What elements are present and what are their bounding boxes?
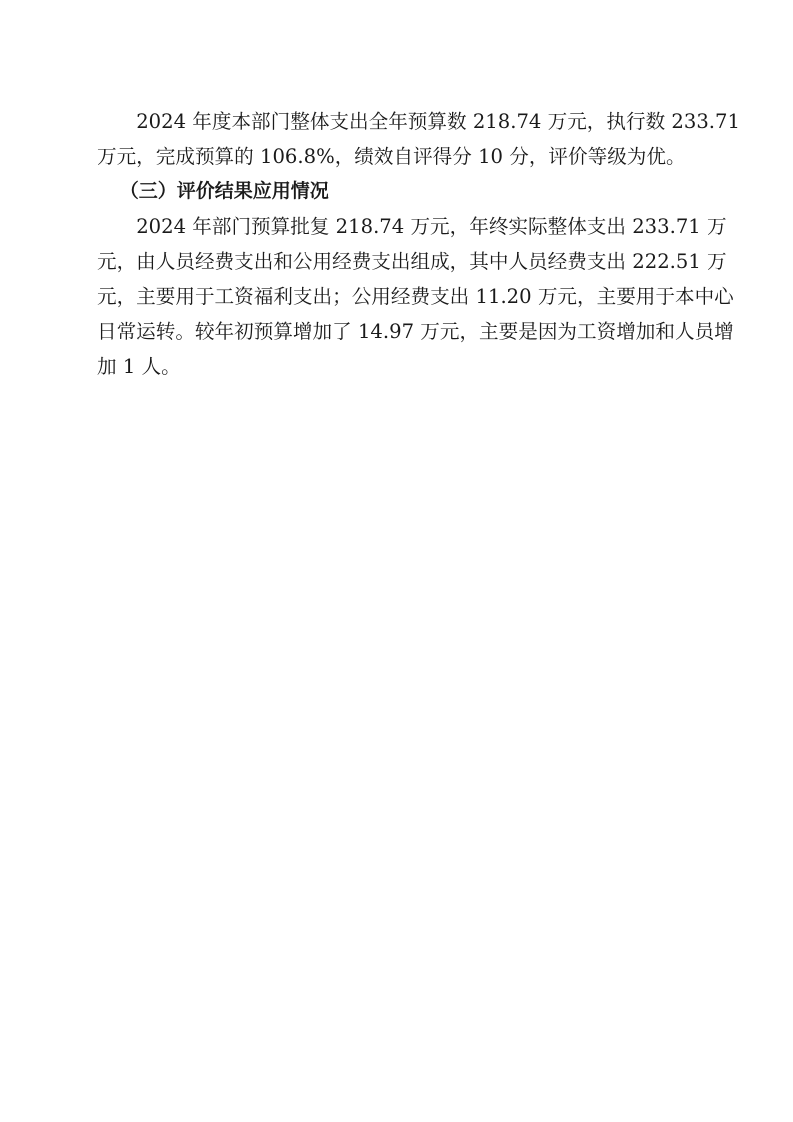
text-line: 元，主要用于工资福利支出；公用经费支出 11.20 万元，主要用于本中心 <box>97 279 701 314</box>
document-page: 2024 年度本部门整体支出全年预算数 218.74 万元，执行数 233.71… <box>97 104 701 384</box>
text-line: 2024 年度本部门整体支出全年预算数 218.74 万元，执行数 233.71 <box>97 104 701 139</box>
paragraph-result-application: 2024 年部门预算批复 218.74 万元，年终实际整体支出 233.71 万… <box>97 209 701 384</box>
text-line: 日常运转。较年初预算增加了 14.97 万元，主要是因为工资增加和人员增 <box>97 314 701 349</box>
text-line: 2024 年部门预算批复 218.74 万元，年终实际整体支出 233.71 万 <box>97 209 701 244</box>
text-line: 元，由人员经费支出和公用经费支出组成，其中人员经费支出 222.51 万 <box>97 244 701 279</box>
text-line: 万元，完成预算的 106.8%，绩效自评得分 10 分，评价等级为优。 <box>97 139 701 174</box>
text-line: 加 1 人。 <box>97 349 701 384</box>
paragraph-performance-summary: 2024 年度本部门整体支出全年预算数 218.74 万元，执行数 233.71… <box>97 104 701 174</box>
section-heading: （三）评价结果应用情况 <box>97 174 701 209</box>
